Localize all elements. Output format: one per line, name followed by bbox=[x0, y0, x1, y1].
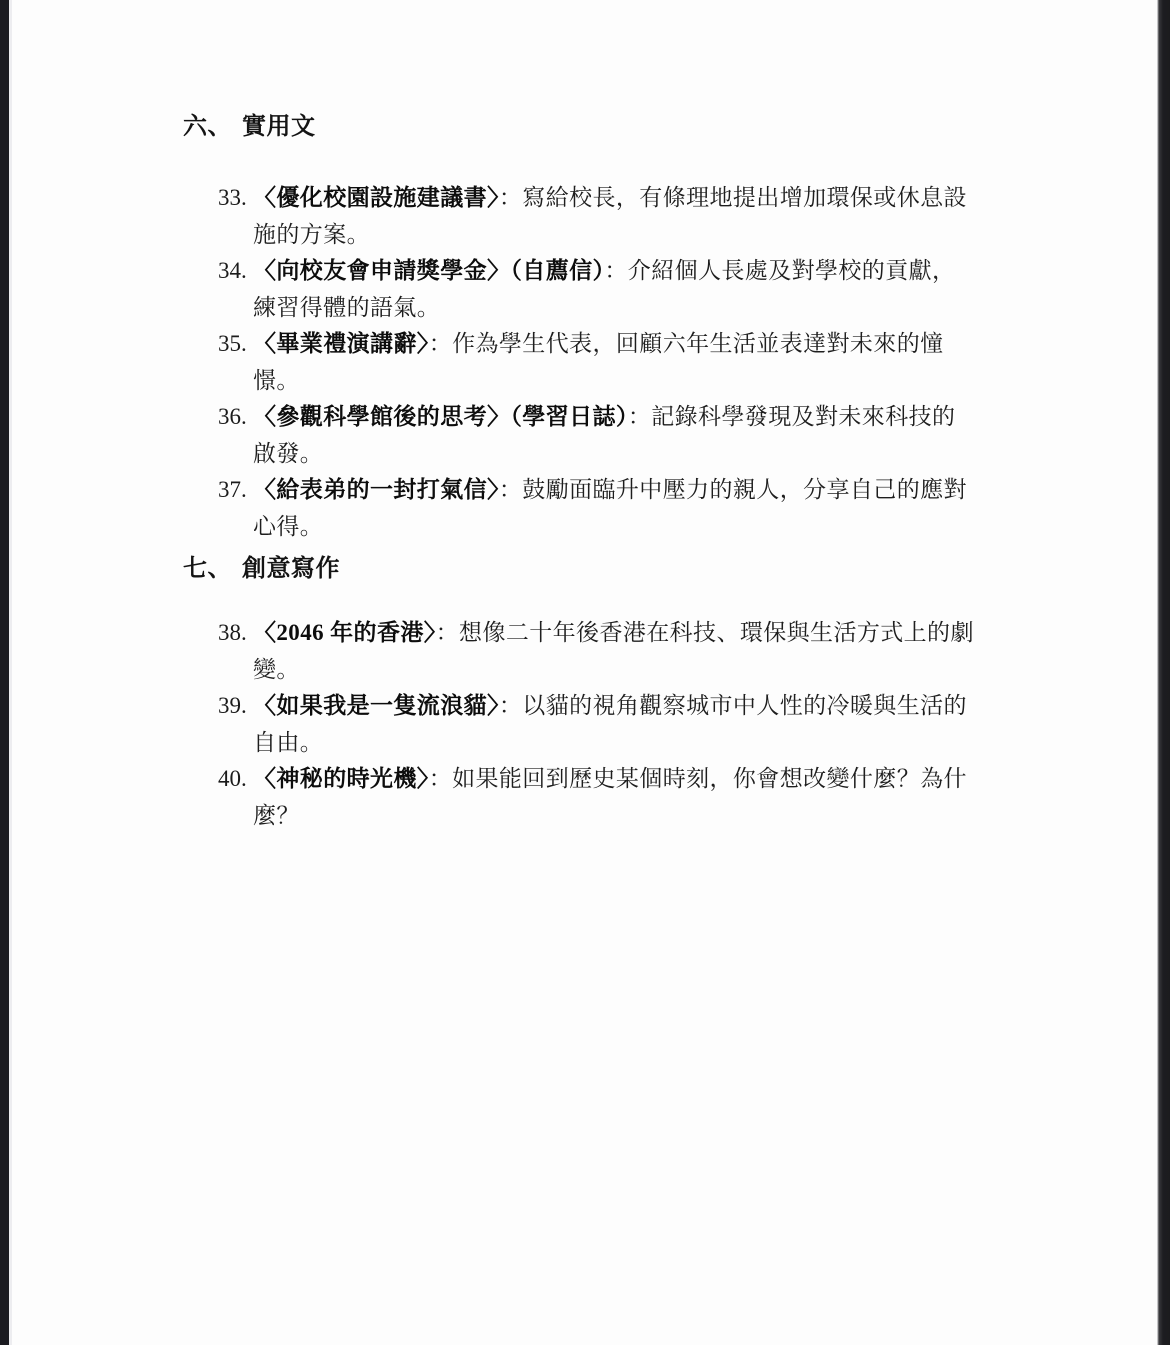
item-text: 〈神秘的時光機〉：如果能回到歷史某個時刻，你會想改變什麼？為什麼？ bbox=[253, 761, 1023, 834]
item-title: 〈如果我是一隻流浪貓〉 bbox=[253, 693, 499, 718]
left-letterbox-bar bbox=[0, 0, 9, 1345]
prompt-list: 38.〈2046 年的香港〉：想像二十年後香港在科技、環保與生活方式上的劇變。3… bbox=[12, 615, 1157, 834]
section-title: 實用文 bbox=[242, 114, 316, 140]
item-number: 39. bbox=[218, 688, 253, 761]
item-description: 施的方案。 bbox=[253, 222, 370, 247]
item-number: 38. bbox=[218, 615, 253, 688]
item-number: 33. bbox=[218, 180, 253, 253]
item-description: 麼？ bbox=[253, 803, 300, 828]
list-item: 36.〈參觀科學館後的思考〉（學習日誌）：記錄科學發現及對未來科技的啟發。 bbox=[12, 399, 1157, 472]
item-description: ：以貓的視角觀察城市中人性的冷暖與生活的 bbox=[499, 693, 967, 718]
item-text: 〈2046 年的香港〉：想像二十年後香港在科技、環保與生活方式上的劇變。 bbox=[253, 615, 1023, 688]
item-description: 自由。 bbox=[253, 730, 323, 755]
item-description: ：想像二十年後香港在科技、環保與生活方式上的劇 bbox=[436, 620, 974, 645]
item-number: 37. bbox=[218, 472, 253, 545]
item-title: 〈向校友會申請獎學金〉（自薦信） bbox=[253, 258, 604, 283]
right-letterbox-bar bbox=[1157, 0, 1170, 1345]
item-description: ：鼓勵面臨升中壓力的親人，分享自己的應對 bbox=[499, 477, 967, 502]
item-text: 〈如果我是一隻流浪貓〉：以貓的視角觀察城市中人性的冷暖與生活的自由。 bbox=[253, 688, 1023, 761]
list-item: 38.〈2046 年的香港〉：想像二十年後香港在科技、環保與生活方式上的劇變。 bbox=[12, 615, 1157, 688]
item-title: 〈神秘的時光機〉 bbox=[253, 766, 429, 791]
item-description: 啟發。 bbox=[253, 441, 323, 466]
item-text: 〈優化校園設施建議書〉：寫給校長，有條理地提出增加環保或休息設施的方案。 bbox=[253, 180, 1023, 253]
list-item: 34.〈向校友會申請獎學金〉（自薦信）：介紹個人長處及對學校的貢獻，練習得體的語… bbox=[12, 253, 1157, 326]
list-item: 40.〈神秘的時光機〉：如果能回到歷史某個時刻，你會想改變什麼？為什麼？ bbox=[12, 761, 1157, 834]
item-title: 〈優化校園設施建議書〉 bbox=[253, 185, 499, 210]
list-item: 33.〈優化校園設施建議書〉：寫給校長，有條理地提出增加環保或休息設施的方案。 bbox=[12, 180, 1157, 253]
item-description: ：介紹個人長處及對學校的貢獻， bbox=[604, 258, 955, 283]
prompt-list: 33.〈優化校園設施建議書〉：寫給校長，有條理地提出增加環保或休息設施的方案。3… bbox=[12, 180, 1157, 545]
item-description: ：作為學生代表，回顧六年生活並表達對未來的憧 bbox=[429, 331, 944, 356]
section-title: 創意寫作 bbox=[242, 556, 340, 582]
item-text: 〈參觀科學館後的思考〉（學習日誌）：記錄科學發現及對未來科技的啟發。 bbox=[253, 399, 1023, 472]
item-description: 練習得體的語氣。 bbox=[253, 295, 440, 320]
item-title: 〈畢業禮演講辭〉 bbox=[253, 331, 429, 356]
item-number: 34. bbox=[218, 253, 253, 326]
section-number: 七、 bbox=[183, 556, 232, 582]
section-number: 六、 bbox=[183, 114, 232, 140]
item-number: 40. bbox=[218, 761, 253, 834]
document-page: 六、實用文33.〈優化校園設施建議書〉：寫給校長，有條理地提出增加環保或休息設施… bbox=[12, 0, 1157, 1345]
item-title: 〈2046 年的香港〉 bbox=[253, 620, 436, 645]
document-section: 七、創意寫作38.〈2046 年的香港〉：想像二十年後香港在科技、環保與生活方式… bbox=[12, 554, 1157, 834]
left-page-edge-divider bbox=[9, 0, 12, 1345]
section-heading: 七、創意寫作 bbox=[12, 554, 1157, 584]
item-description: ：寫給校長，有條理地提出增加環保或休息設 bbox=[499, 185, 967, 210]
section-heading: 六、實用文 bbox=[12, 112, 1157, 142]
item-description: 心得。 bbox=[253, 514, 323, 539]
item-text: 〈給表弟的一封打氣信〉：鼓勵面臨升中壓力的親人，分享自己的應對心得。 bbox=[253, 472, 1023, 545]
item-number: 36. bbox=[218, 399, 253, 472]
item-title: 〈給表弟的一封打氣信〉 bbox=[253, 477, 499, 502]
item-number: 35. bbox=[218, 326, 253, 399]
list-item: 35.〈畢業禮演講辭〉：作為學生代表，回顧六年生活並表達對未來的憧憬。 bbox=[12, 326, 1157, 399]
item-title: 〈參觀科學館後的思考〉（學習日誌） bbox=[253, 404, 628, 429]
item-description: ：如果能回到歷史某個時刻，你會想改變什麼？為什 bbox=[429, 766, 967, 791]
list-item: 39.〈如果我是一隻流浪貓〉：以貓的視角觀察城市中人性的冷暖與生活的自由。 bbox=[12, 688, 1157, 761]
document-section: 六、實用文33.〈優化校園設施建議書〉：寫給校長，有條理地提出增加環保或休息設施… bbox=[12, 112, 1157, 545]
item-text: 〈畢業禮演講辭〉：作為學生代表，回顧六年生活並表達對未來的憧憬。 bbox=[253, 326, 1023, 399]
item-description: ：記錄科學發現及對未來科技的 bbox=[628, 404, 956, 429]
item-description: 憬。 bbox=[253, 368, 300, 393]
item-description: 變。 bbox=[253, 657, 300, 682]
item-text: 〈向校友會申請獎學金〉（自薦信）：介紹個人長處及對學校的貢獻，練習得體的語氣。 bbox=[253, 253, 1023, 326]
list-item: 37.〈給表弟的一封打氣信〉：鼓勵面臨升中壓力的親人，分享自己的應對心得。 bbox=[12, 472, 1157, 545]
